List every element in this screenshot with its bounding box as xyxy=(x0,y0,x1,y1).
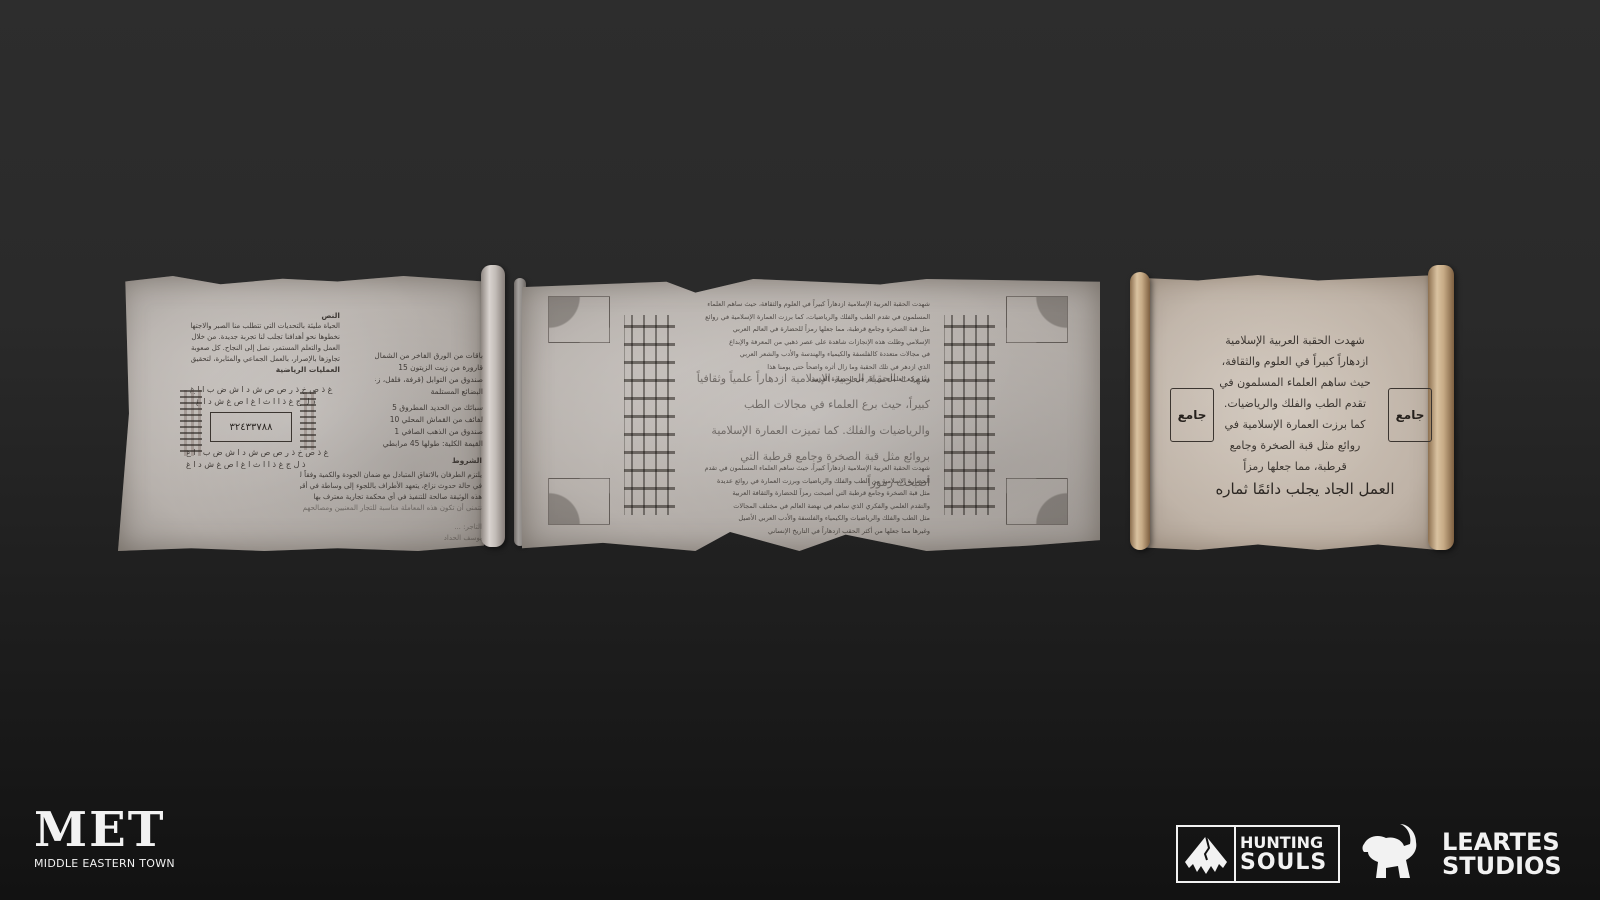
seal-glyph: جامع xyxy=(1178,408,1207,422)
ornament-top-right xyxy=(1006,296,1068,343)
talisman-side-left xyxy=(180,390,202,456)
met-logo: MET MIDDLE EASTERN TOWN xyxy=(34,805,175,870)
mountain-icon xyxy=(1178,827,1236,881)
left-conditions: يلتزم الطرفان بالاتفاق المتبادل مع ضمان … xyxy=(300,470,482,514)
left-section-title: العمليات الرياضية xyxy=(240,365,340,374)
left-list-b: سبائك من الحديد المطروق 5 لفائف من القما… xyxy=(375,402,483,450)
talisman-box: ٣٢٤٣٣٧٨٨ xyxy=(210,412,292,442)
talisman-row-second: ذ ل ج غ ذ ا ا ث ا غ ا ص غ ش د ا غ xyxy=(196,397,316,406)
met-logo-subtitle: MIDDLE EASTERN TOWN xyxy=(34,857,175,870)
leartes-line1: LEARTES xyxy=(1442,830,1562,854)
seal-glyph: جامع xyxy=(1396,408,1425,422)
ornament-top-left xyxy=(548,296,610,343)
leartes-line2: STUDIOS xyxy=(1442,854,1562,878)
panther-icon xyxy=(1360,822,1430,886)
left-signatures: التاجر: ... يوسف الحداد xyxy=(420,522,482,544)
hunting-souls-logo: HUNTING SOULS xyxy=(1176,825,1340,883)
leartes-logo: LEARTES STUDIOS xyxy=(1360,822,1562,886)
calligraphy-column-right xyxy=(944,315,995,515)
left-conditions-title: الشروط xyxy=(420,456,482,465)
left-heading: النص xyxy=(190,311,340,320)
right-motto: العمل الجاد يجلب دائمًا ثماره xyxy=(1200,480,1410,498)
ornament-bottom-right xyxy=(1006,478,1068,525)
seal-right: جامع xyxy=(1388,388,1432,442)
hunting-souls-line2: SOULS xyxy=(1240,852,1338,874)
left-list-a: باقات من الورق الفاخر من الشمال 3 قارورة… xyxy=(375,350,483,398)
right-scroll-roll-left xyxy=(1130,272,1150,550)
calligraphy-column-left xyxy=(624,315,675,515)
seal-left: جامع xyxy=(1170,388,1214,442)
left-scroll-roll xyxy=(481,265,505,547)
talisman-row-bottom-2: ذ ل ج غ ذ ا ا ث ا غ ا ص غ ش د ا غ xyxy=(186,460,306,469)
ornament-bottom-left xyxy=(548,478,610,525)
left-paragraph: الحياة مليئة بالتحديات التي تتطلب منا ال… xyxy=(190,321,340,365)
talisman-side-right xyxy=(300,392,316,450)
right-poem: شهدت الحقبة العربية الإسلامية ازدهاراً ك… xyxy=(1210,330,1380,477)
leartes-text: LEARTES STUDIOS xyxy=(1442,830,1562,878)
middle-text-bottom: شهدت الحقبة العربية الإسلامية ازدهاراً ك… xyxy=(690,462,930,537)
talisman-number: ٣٢٤٣٣٧٨٨ xyxy=(230,422,273,433)
met-logo-title: MET xyxy=(34,805,175,855)
hunting-souls-text: HUNTING SOULS xyxy=(1236,827,1338,881)
